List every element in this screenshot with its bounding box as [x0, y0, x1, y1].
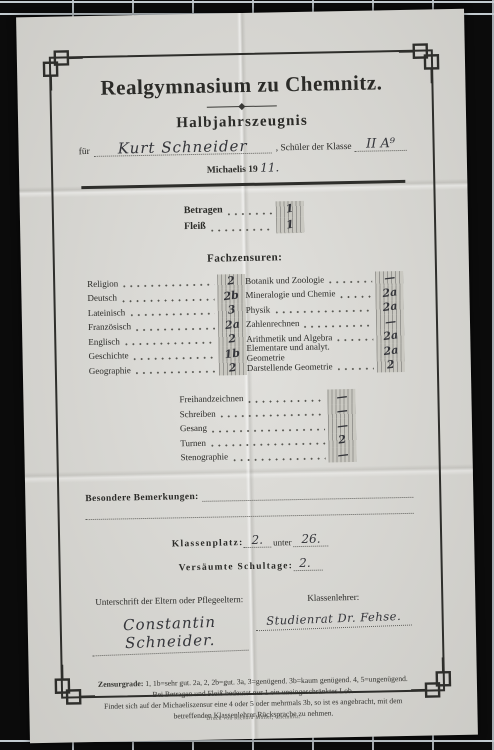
signatures-row: Unterschrift der Eltern oder Pflegeelter…: [87, 590, 416, 654]
ornamental-frame: Realgymnasium zu Chemnitz. Halbjahrszeug…: [49, 49, 445, 698]
school-name: Realgymnasium zu Chemnitz.: [77, 70, 405, 101]
dot-leader: [125, 337, 216, 347]
rank-label: Klassenplatz:: [172, 538, 244, 549]
additional-subjects-table: Freihandzeichnen — Schreiben — Gesang —: [179, 389, 356, 465]
dot-leader: [134, 351, 216, 361]
term-label: Michaelis 19: [207, 165, 258, 176]
grade-strip: 1: [276, 200, 304, 217]
subject-row: Geographie 2: [89, 361, 247, 379]
teacher-signature-label: Klassenlehrer:: [255, 590, 411, 603]
absence-line: Versäumte Schultage: 2.: [86, 553, 414, 574]
student-name-handwritten: Kurt Schneider: [94, 138, 272, 156]
grade-strip: 2: [377, 357, 405, 372]
grade-strip: 2a: [377, 343, 405, 358]
grade-strip: 2: [219, 361, 247, 376]
grade-strip: 2: [218, 332, 246, 347]
dot-leader: [337, 363, 373, 372]
subject-label: Freihandzeichnen: [179, 393, 243, 404]
rank-line: Klassenplatz: 2. unter 26.: [86, 529, 414, 550]
dot-leader: [136, 366, 216, 376]
dot-leader: [228, 207, 273, 216]
parents-signature-block: Unterschrift der Eltern oder Pflegeelter…: [87, 593, 252, 654]
grade-strip: 2: [217, 274, 245, 289]
teacher-signature-handwritten: Studienrat Dr. Fehse.: [255, 608, 412, 631]
subject-grades-table: Religion 2 Deutsch 2b Lateinisch: [81, 270, 411, 378]
subject-label: Physik: [246, 304, 271, 314]
subject-label: Gesang: [180, 423, 207, 434]
dot-leader: [340, 290, 372, 299]
term-line: Michaelis 19 11.: [79, 158, 407, 178]
subject-grade-handwritten: 2: [386, 358, 395, 372]
subject-grade-handwritten: —: [384, 314, 397, 328]
subject-grade-handwritten: 2a: [382, 300, 398, 315]
grade-strip: 1b: [218, 346, 246, 361]
conduct-grade-handwritten: 1: [286, 218, 295, 232]
grade-strip: —: [328, 418, 356, 433]
grade-strip: 2a: [218, 317, 246, 332]
legend-line1: 1, 1b=sehr gut. 2a, 2, 2b=gut. 3a, 3=gen…: [145, 673, 408, 687]
subject-grade-handwritten: 2: [338, 433, 347, 447]
subject-label: Geographie: [89, 365, 131, 376]
parents-signature-handwritten: Constantin Schneider.: [91, 611, 248, 656]
student-line: für Kurt Schneider , Schüler der Klasse …: [78, 136, 406, 157]
grade-strip: —: [328, 403, 356, 418]
rank-connector: unter: [273, 537, 292, 547]
subject-label: Englisch: [88, 336, 120, 347]
subject-grade-handwritten: 2: [228, 332, 237, 346]
dot-leader: [211, 223, 273, 232]
subject-label: Religion: [87, 278, 118, 289]
subject-label: Französisch: [88, 321, 131, 332]
conduct-row: Fleiß 1: [184, 216, 304, 234]
dot-leader: [304, 319, 373, 328]
subject-grade-handwritten: 2a: [224, 317, 240, 332]
subject-grade-handwritten: —: [336, 447, 349, 461]
document-title: Halbjahrszeugnis: [78, 111, 406, 134]
absence-value-handwritten: 2.: [293, 555, 323, 571]
subject-grade-handwritten: —: [336, 418, 349, 432]
subject-grade-handwritten: 1b: [224, 346, 241, 361]
dot-leader: [212, 423, 325, 433]
conduct-block: Betragen 1 Fleiß 1: [184, 200, 305, 234]
fachzensuren-heading: Fachzensuren:: [81, 248, 409, 266]
dot-leader: [136, 322, 215, 332]
subject-label: Schreiben: [180, 408, 216, 419]
grade-strip: 2a: [376, 328, 404, 343]
dot-leader: [211, 438, 325, 448]
subject-grade-handwritten: 2a: [382, 329, 398, 344]
subject-grade-handwritten: —: [383, 271, 396, 285]
teacher-signature-block: Klassenlehrer: Studienrat Dr. Fehse.: [251, 590, 416, 651]
conduct-label: Betragen: [184, 204, 223, 216]
dot-leader: [122, 293, 215, 303]
dot-leader: [248, 394, 324, 403]
grade-strip: 3: [218, 303, 246, 318]
dot-leader: [329, 276, 372, 285]
dot-leader: [123, 279, 214, 289]
subject-label: Botanik und Zoologie: [245, 274, 324, 286]
dot-leader: [130, 308, 215, 318]
report-card-paper: Realgymnasium zu Chemnitz. Halbjahrszeug…: [16, 9, 478, 743]
dot-leader: [221, 409, 325, 419]
subject-label: Lateinisch: [88, 307, 126, 318]
subject-grade-handwritten: 2a: [383, 343, 399, 358]
parents-signature-label: Unterschrift der Eltern oder Pflegeelter…: [91, 594, 247, 607]
rank-value-handwritten: 2.: [243, 532, 271, 548]
grade-strip: 2a: [376, 299, 404, 314]
subject-label: Deutsch: [87, 293, 117, 304]
subject-row: Stenographie —: [180, 447, 356, 465]
subject-grade-handwritten: 2: [228, 361, 237, 375]
subject-label: Mineralogie und Chemie: [245, 289, 335, 301]
subject-grade-handwritten: —: [335, 389, 348, 403]
grades-left-column: Religion 2 Deutsch 2b Lateinisch: [87, 274, 247, 379]
subject-grade-handwritten: —: [335, 404, 348, 418]
subject-grade-handwritten: 2a: [381, 285, 397, 300]
grade-strip: —: [328, 447, 356, 462]
absence-label: Versäumte Schultage:: [179, 561, 294, 573]
term-year-handwritten: 11.: [260, 160, 279, 174]
conduct-grade-handwritten: 1: [285, 202, 294, 216]
title-divider: [207, 102, 277, 110]
subject-label: Geschichte: [88, 351, 128, 362]
klasse-label: , Schüler der Klasse: [276, 142, 352, 153]
grade-strip: 2: [328, 432, 356, 447]
scanned-report-card: { "header": { "school_name": "Realgymnas…: [0, 0, 494, 750]
subject-label: Zahlenrechnen: [246, 318, 300, 329]
dot-leader: [233, 452, 326, 462]
grades-right-column: Botanik und Zoologie — Mineralogie und C…: [245, 270, 405, 375]
dot-leader: [275, 305, 373, 315]
legend-title: Zensurgrade:: [98, 679, 144, 689]
fuer-label: für: [79, 147, 90, 157]
grade-strip: —: [375, 270, 403, 285]
subject-grade-handwritten: 2: [227, 274, 236, 288]
grade-strip: 2b: [217, 288, 245, 303]
grade-strip: —: [327, 389, 355, 404]
subject-row: Darstellende Geometrie 2: [247, 357, 405, 375]
remarks-label: Besondere Bemerkungen:: [85, 491, 199, 503]
subject-label: Darstellende Geometrie: [247, 361, 333, 373]
conduct-label: Fleiß: [184, 221, 206, 232]
subject-grade-handwritten: 2b: [223, 288, 240, 303]
grade-strip: 1: [276, 216, 304, 233]
subject-grade-handwritten: 3: [227, 303, 236, 317]
subject-label: Stenographie: [180, 452, 228, 463]
subject-label: Turnen: [180, 438, 206, 448]
rank-total-handwritten: 26.: [293, 531, 328, 547]
section-rule: [81, 180, 405, 189]
grade-strip: 2a: [375, 285, 403, 300]
document-content: Realgymnasium zu Chemnitz. Halbjahrszeug…: [51, 51, 443, 696]
grade-strip: —: [376, 314, 404, 329]
klasse-value-handwritten: II A⁹: [354, 137, 406, 152]
